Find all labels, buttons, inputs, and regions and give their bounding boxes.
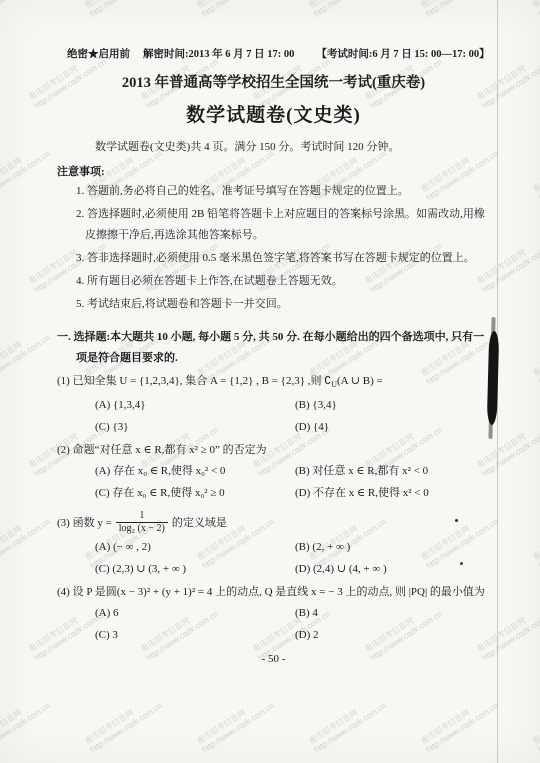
page-number: - 50 - — [57, 653, 490, 665]
notice-item: 4. 所有题目必须在答题卡上作答,在试题卷上答题无效。 — [57, 271, 490, 292]
notice-item: 2. 答选择题时,必须使用 2B 铅笔将答题卡上对应题目的答案标号涂黑。如需改动… — [57, 204, 490, 246]
classification-label: 绝密★启用前 — [67, 46, 130, 61]
option-d: (D) 2 — [295, 625, 490, 647]
watermark-tile: 重庆招考信息网http://www.cqzk.com.cn — [419, 0, 500, 19]
watermark-tile: 重庆招考信息网http://www.cqzk.com.cn — [307, 693, 388, 755]
stem-text: (1) 已知全集 U = {1,2,3,4}, 集合 A = {1,2} , B… — [57, 375, 331, 387]
section-heading: 一. 选择题:本大题共 10 小题, 每小题 5 分, 共 50 分. 在每小题… — [57, 327, 490, 369]
option-c: (C) 3 — [95, 625, 295, 647]
scan-speck — [460, 562, 463, 565]
watermark-tile: 重庆招考信息网http://www.cqzk.com.cn — [83, 0, 164, 19]
question-3: (3) 函数 y = 1 log₂ (x − 2) 的定义域是 (A) (− ∞… — [57, 507, 490, 580]
decrypt-time: 解密时间:2013 年 6 月 7 日 17: 00 — [143, 46, 294, 61]
exam-paper-scan: 重庆招考信息网http://www.cqzk.com.cn重庆招考信息网http… — [0, 0, 540, 763]
watermark-tile: 重庆招考信息网http://www.cqzk.com.cn — [419, 693, 500, 755]
option-c: (C) {3} — [95, 417, 295, 439]
question-4-stem: (4) 设 P 是圆(x − 3)² + (y + 1)² = 4 上的动点, … — [57, 582, 490, 603]
question-3-options: (A) (− ∞ , 2) (B) (2, + ∞ ) (C) (2,3) ∪ … — [57, 537, 490, 580]
question-1: (1) 已知全集 U = {1,2,3,4}, 集合 A = {1,2} , B… — [57, 371, 490, 438]
option-a: (A) (− ∞ , 2) — [95, 537, 295, 559]
watermark-tile: 重庆招考信息网http://www.cqzk.com.cn — [83, 693, 164, 755]
question-2: (2) 命题“对任意 x ∈ R,都有 x² ≥ 0” 的否定为 (A) 存在 … — [57, 440, 490, 504]
question-2-options: (A) 存在 x₀ ∈ R,使得 x₀² < 0 (B) 对任意 x ∈ R,都… — [57, 461, 490, 504]
fraction-numerator: 1 — [139, 510, 144, 522]
option-b: (B) 对任意 x ∈ R,都有 x² < 0 — [295, 461, 490, 483]
option-a: (A) 6 — [95, 603, 295, 625]
notice-item: 1. 答题前,务必将自己的姓名、准考证号填写在答题卡规定的位置上。 — [57, 181, 490, 202]
fraction-denominator: log₂ (x − 2) — [116, 522, 168, 535]
option-a: (A) 存在 x₀ ∈ R,使得 x₀² < 0 — [95, 461, 295, 483]
exam-title: 2013 年普通高等学校招生全国统一考试(重庆卷) — [57, 71, 490, 92]
option-c: (C) (2,3) ∪ (3, + ∞ ) — [95, 559, 295, 581]
question-4-options: (A) 6 (B) 4 (C) 3 (D) 2 — [57, 603, 490, 646]
stem-text: (3) 函数 y = — [57, 514, 112, 530]
watermark-tile: 重庆招考信息网http://www.cqzk.com.cn — [531, 693, 540, 755]
stem-text: 的定义域是 — [172, 514, 227, 530]
option-a: (A) {1,3,4} — [95, 395, 295, 417]
option-d: (D) {4} — [295, 417, 490, 439]
paper-info: 数学试题卷(文史类)共 4 页。满分 150 分。考试时间 120 分钟。 — [57, 138, 490, 154]
watermark-tile: 重庆招考信息网http://www.cqzk.com.cn — [195, 693, 276, 755]
option-b: (B) 4 — [295, 603, 490, 625]
watermark-tile: 重庆招考信息网http://www.cqzk.com.cn — [0, 0, 52, 19]
question-4: (4) 设 P 是圆(x − 3)² + (y + 1)² = 4 上的动点, … — [57, 582, 490, 646]
question-1-options: (A) {1,3,4} (B) {3,4} (C) {3} (D) {4} — [57, 395, 490, 438]
security-line: 绝密★启用前 解密时间:2013 年 6 月 7 日 17: 00 【考试时间:… — [57, 46, 490, 61]
option-b: (B) {3,4} — [295, 395, 490, 417]
watermark-tile: 重庆招考信息网http://www.cqzk.com.cn — [531, 0, 540, 19]
watermark-tile: 重庆招考信息网http://www.cqzk.com.cn — [0, 141, 52, 203]
question-3-stem: (3) 函数 y = 1 log₂ (x − 2) 的定义域是 — [57, 507, 490, 537]
exam-time: 【考试时间:6 月 7 日 15: 00—17: 00】 — [316, 46, 489, 61]
question-2-stem: (2) 命题“对任意 x ∈ R,都有 x² ≥ 0” 的否定为 — [57, 440, 490, 461]
notice-item: 3. 答非选择题时,必须使用 0.5 毫米黑色签字笔,将答案书写在答题卡规定的位… — [57, 248, 490, 269]
watermark-tile: 重庆招考信息网http://www.cqzk.com.cn — [531, 325, 540, 387]
notice-item: 5. 考试结束后,将试题卷和答题卡一并交回。 — [57, 294, 490, 315]
watermark-tile: 重庆招考信息网http://www.cqzk.com.cn — [531, 509, 540, 571]
paper-title: 数学试题卷(文史类) — [57, 100, 490, 127]
option-c: (C) 存在 x₀ ∈ R,使得 x₀² ≥ 0 — [95, 483, 295, 505]
watermark-tile: 重庆招考信息网http://www.cqzk.com.cn — [307, 0, 388, 19]
watermark-tile: 重庆招考信息网http://www.cqzk.com.cn — [531, 141, 540, 203]
stem-text: (A ∪ B) = — [337, 375, 383, 387]
option-b: (B) (2, + ∞ ) — [295, 537, 490, 559]
watermark-tile: 重庆招考信息网http://www.cqzk.com.cn — [0, 325, 52, 387]
fraction: 1 log₂ (x − 2) — [116, 510, 168, 535]
watermark-tile: 重庆招考信息网http://www.cqzk.com.cn — [0, 693, 52, 755]
watermark-tile: 重庆招考信息网http://www.cqzk.com.cn — [0, 509, 52, 571]
option-d: (D) 不存在 x ∈ R,使得 x² < 0 — [295, 483, 490, 505]
scan-speck — [455, 519, 458, 522]
notice-list: 1. 答题前,务必将自己的姓名、准考证号填写在答题卡规定的位置上。 2. 答选择… — [57, 181, 490, 315]
page-content: 绝密★启用前 解密时间:2013 年 6 月 7 日 17: 00 【考试时间:… — [57, 46, 490, 665]
watermark-tile: 重庆招考信息网http://www.cqzk.com.cn — [195, 0, 276, 19]
question-1-stem: (1) 已知全集 U = {1,2,3,4}, 集合 A = {1,2} , B… — [57, 371, 490, 395]
notice-heading: 注意事项: — [57, 163, 490, 179]
